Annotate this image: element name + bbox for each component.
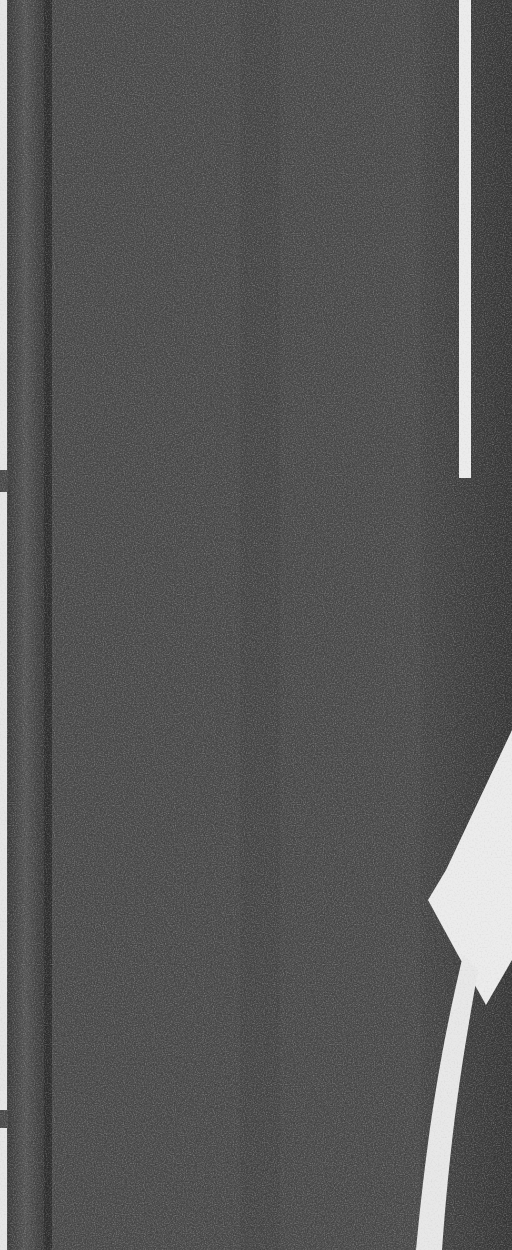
road-surface: [0, 0, 512, 1250]
road-aerial-image: [0, 0, 512, 1250]
